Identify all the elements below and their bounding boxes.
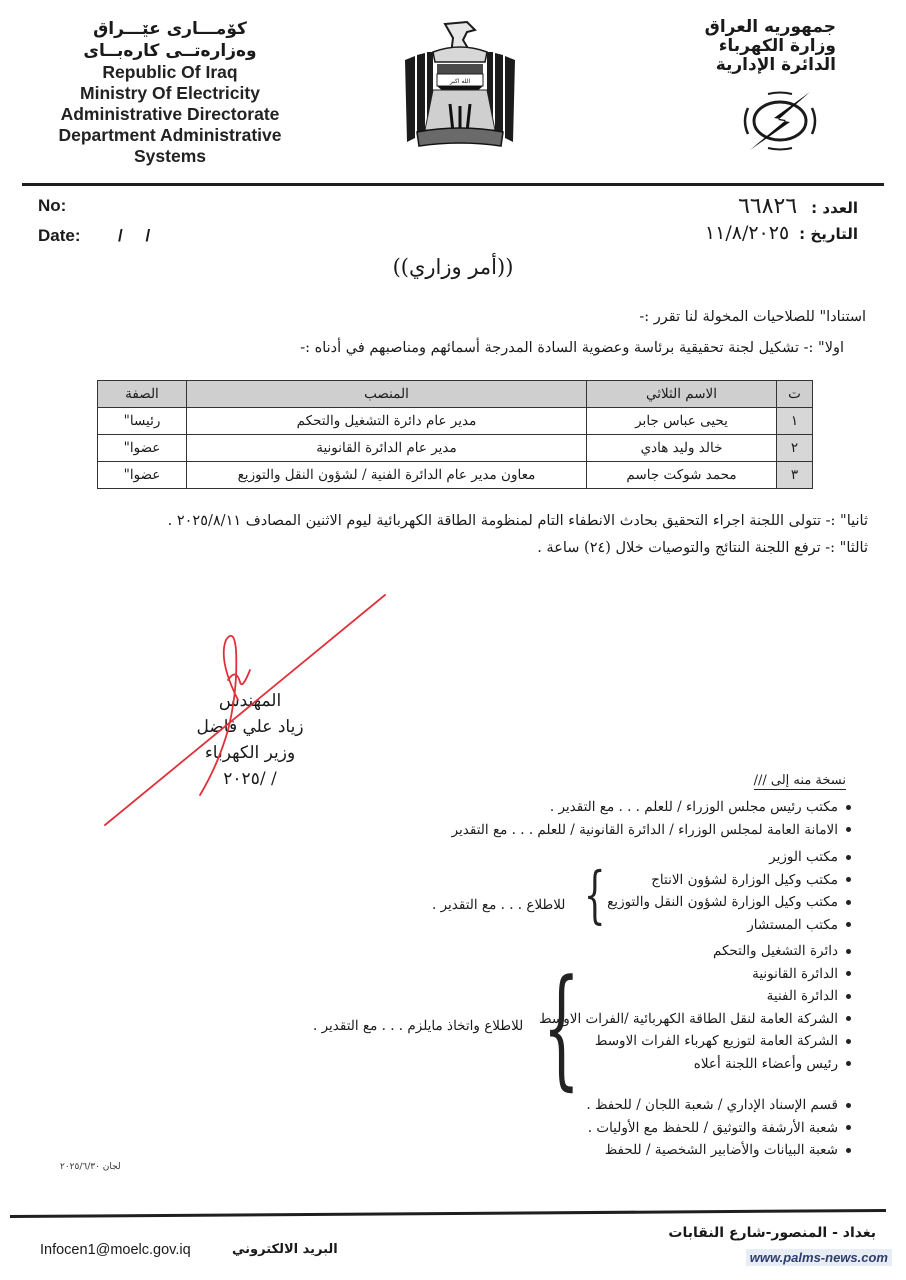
number-label-ar: العدد : [811,199,858,217]
cc-heading: نسخة منه إلى /// [754,773,846,790]
table-header-row: ت الاسم الثلاثي المنصب الصفة [98,381,813,408]
cc-group2-list: دائرة التشغيل والتحكم الدائرة القانونية … [539,940,851,1075]
bullet-icon [846,1103,851,1108]
list-item: شعبة البيانات والأضابير الشخصية / للحفظ [586,1139,851,1162]
row-name: يحيى عباس جابر [587,408,777,435]
header-role: الصفة [98,381,187,408]
list-item-text: الشركة العامة لتوزيع كهرباء الفرات الاوس… [595,1033,838,1049]
second-clause: ثانيا" :- تتولى اللجنة اجراء التحقيق بحا… [168,513,868,529]
date-label-en: Date: [38,226,81,246]
cc-bottom-list: قسم الإسناد الإداري / شعبة اللجان / للحف… [586,1094,851,1162]
watermark: www.palms-news.com [746,1249,892,1266]
list-item-text: دائرة التشغيل والتحكم [713,943,838,959]
bullet-icon [846,827,851,832]
english-line-3: Administrative Directorate [40,104,300,125]
header-right-block: جمهوريه العراق وزارة الكهرباء الدائرة ال… [666,18,836,75]
list-item: مكتب رئيس مجلس الوزراء / للعلم . . . مع … [452,796,851,819]
list-item-text: شعبة الأرشفة والتوثيق / للحفظ مع الأوليا… [588,1120,838,1136]
lightning-bolt-logo-icon [740,88,820,154]
list-item: قسم الإسناد الإداري / شعبة اللجان / للحف… [586,1094,851,1117]
bullet-icon [846,1016,851,1021]
list-item: مكتب وكيل الوزارة لشؤون النقل والتوزيع [607,891,851,914]
row-role: عضوا" [98,435,187,462]
email-label: البريد الالكتروني [232,1242,338,1257]
row-name: خالد وليد هادي [587,435,777,462]
row-position: مدير عام الدائرة القانونية [187,435,587,462]
list-item-text: مكتب وكيل الوزارة لشؤون الانتاج [651,872,838,888]
group1-note: للاطلاع . . . مع التقدير . [432,897,565,913]
list-item: الدائرة القانونية [539,963,851,986]
list-item-text: الشركة العامة لنقل الطاقة الكهربائية /ال… [539,1011,838,1027]
committee-table: ت الاسم الثلاثي المنصب الصفة ١ يحيى عباس… [97,380,813,489]
list-item-text: شعبة البيانات والأضابير الشخصية / للحفظ [605,1142,838,1158]
table-row: ٢ خالد وليد هادي مدير عام الدائرة القانو… [98,435,813,462]
signature-date: / /٢٠٢٥ [175,766,325,792]
list-item-text: الدائرة القانونية [752,966,838,982]
table-row: ١ يحيى عباس جابر مدير عام دائرة التشغيل … [98,408,813,435]
email-link[interactable]: Infocen1@moelc.gov.iq [40,1242,191,1258]
bullet-icon [846,1125,851,1130]
list-item: مكتب المستشار [607,914,851,937]
arabic-line-3: الدائرة الإدارية [666,56,836,75]
number-ar: العدد : ٦٦٨٢٦ [738,194,858,219]
header-position: المنصب [187,381,587,408]
brace-icon: { [584,850,606,940]
bullet-icon [846,877,851,882]
row-name: محمد شوكت جاسم [587,462,777,489]
footer-divider [10,1209,886,1218]
bullet-icon [846,900,851,905]
document-title: ((أمر وزاري)) [0,255,906,279]
list-item-text: قسم الإسناد الإداري / شعبة اللجان / للحف… [586,1097,838,1113]
row-index: ٢ [777,435,813,462]
signer-position: وزير الكهرباء [175,740,325,766]
row-role: رئيسا" [98,408,187,435]
brace-icon: { [543,952,580,1102]
signature-block: المهندس زياد علي فاضل وزير الكهرباء / /٢… [175,688,325,792]
bullet-icon [846,855,851,860]
first-clause: اولا" :- تشكيل لجنة تحقيقية برئاسة وعضوي… [300,340,844,356]
list-item-text: مكتب الوزير [769,849,838,865]
list-item: دائرة التشغيل والتحكم [539,940,851,963]
list-item: شعبة الأرشفة والتوثيق / للحفظ مع الأوليا… [586,1117,851,1140]
list-item: الشركة العامة لتوزيع كهرباء الفرات الاوس… [539,1030,851,1053]
iraq-eagle-emblem-icon: الله اكبر [395,20,525,160]
bullet-icon [846,922,851,927]
bullet-icon [846,994,851,999]
cc-top-list: مكتب رئيس مجلس الوزراء / للعلم . . . مع … [452,796,851,841]
date-ar: التاريخ : ١١/٨/٢٠٢٥ [705,222,858,244]
row-index: ١ [777,408,813,435]
header-name: الاسم الثلاثي [587,381,777,408]
row-index: ٣ [777,462,813,489]
kurdish-line-1: كۆمـــارى عێـــراق [40,18,300,40]
list-item-text: رئيس وأعضاء اللجنة أعلاه [694,1056,838,1072]
group2-note: للاطلاع واتخاذ مايلزم . . . مع التقدير . [313,1018,523,1034]
signer-title: المهندس [175,688,325,714]
bullet-icon [846,1039,851,1044]
kurdish-line-2: وەزارەتــى كارەبــاى [40,40,300,62]
list-item: رئيس وأعضاء اللجنة أعلاه [539,1053,851,1076]
footer-address: بغداد - المنصور-شارع النقابات [668,1225,876,1241]
english-line-2: Ministry Of Electricity [40,83,300,104]
bullet-icon [846,1061,851,1066]
list-item-text: الامانة العامة لمجلس الوزراء / الدائرة ا… [452,822,838,838]
date-value-ar: ١١/٨/٢٠٢٥ [705,222,789,244]
list-item: الشركة العامة لنقل الطاقة الكهربائية /ال… [539,1008,851,1031]
bullet-icon [846,949,851,954]
cc-group1-list: مكتب الوزير مكتب وكيل الوزارة لشؤون الان… [607,846,851,936]
svg-text:الله اكبر: الله اكبر [449,78,471,85]
bullet-icon [846,971,851,976]
list-item: الدائرة الفنية [539,985,851,1008]
list-item: مكتب وكيل الوزارة لشؤون الانتاج [607,869,851,892]
bullet-icon [846,805,851,810]
english-line-4: Department Administrative [40,125,300,146]
arabic-line-1: جمهوريه العراق [666,18,836,37]
third-clause: ثالثا" :- ترفع اللجنة النتائج والتوصيات … [537,540,868,556]
list-item-text: مكتب المستشار [747,917,838,933]
row-position: معاون مدير عام الدائرة الفنية / لشؤون ال… [187,462,587,489]
english-line-1: Republic Of Iraq [40,62,300,83]
arabic-line-2: وزارة الكهرباء [666,37,836,56]
list-item-text: الدائرة الفنية [767,988,838,1004]
header-divider [22,183,884,186]
signer-name: زياد علي فاضل [175,714,325,740]
intro-paragraph: استنادا" للصلاحيات المخولة لنا تقرر :- [639,309,866,325]
row-role: عضوا" [98,462,187,489]
archive-note: لجان ٢٠٢٥/٦/٣٠ [60,1162,121,1172]
list-item: مكتب الوزير [607,846,851,869]
number-value-ar: ٦٦٨٢٦ [738,194,797,219]
date-value-en: / / [118,226,150,246]
number-label-en: No: [38,196,66,216]
list-item-text: مكتب رئيس مجلس الوزراء / للعلم . . . مع … [550,799,838,815]
header-index: ت [777,381,813,408]
table-row: ٣ محمد شوكت جاسم معاون مدير عام الدائرة … [98,462,813,489]
english-line-5: Systems [40,146,300,167]
header-left-block: كۆمـــارى عێـــراق وەزارەتــى كارەبــاى … [40,18,300,167]
list-item-text: مكتب وكيل الوزارة لشؤون النقل والتوزيع [607,894,838,910]
row-position: مدير عام دائرة التشغيل والتحكم [187,408,587,435]
list-item: الامانة العامة لمجلس الوزراء / الدائرة ا… [452,819,851,842]
date-label-ar: التاريخ : [799,225,858,243]
bullet-icon [846,1148,851,1153]
